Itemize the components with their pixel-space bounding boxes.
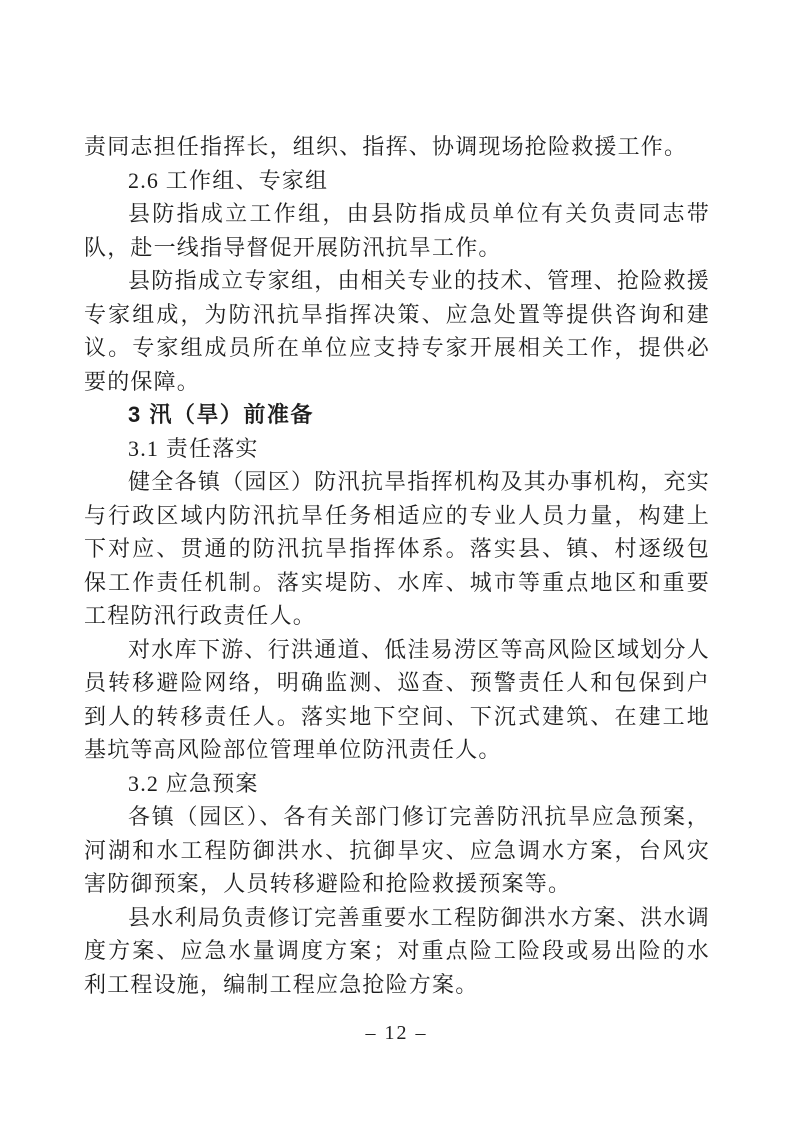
paragraph-work-group: 县防指成立工作组，由县防指成员单位有关负责同志带队，赴一线指导督促开展防汛抗旱工… <box>84 197 710 264</box>
page-number: – 12 – <box>0 1021 793 1045</box>
document-body: 责同志担任指挥长，组织、指挥、协调现场抢险救援工作。 2.6 工作组、专家组 县… <box>84 130 710 1001</box>
paragraph-emergency-plan-revision: 各镇（园区）、各有关部门修订完善防汛抗旱应急预案，河湖和水工程防御洪水、抗御旱灾… <box>84 800 710 901</box>
subheading-3-1-responsibility-implementation: 3.1 责任落实 <box>84 432 710 466</box>
subheading-2-6-work-and-expert-groups: 2.6 工作组、专家组 <box>84 164 710 198</box>
subheading-3-2-emergency-plans: 3.2 应急预案 <box>84 767 710 801</box>
section-heading-3-pre-flood-preparation: 3 汛（旱）前准备 <box>84 398 710 432</box>
paragraph-continuation-from-previous-page: 责同志担任指挥长，组织、指挥、协调现场抢险救援工作。 <box>84 130 710 164</box>
paragraph-high-risk-area-responsibility: 对水库下游、行洪通道、低洼易涝区等高风险区域划分人员转移避险网络，明确监测、巡查… <box>84 633 710 767</box>
paragraph-expert-group: 县防指成立专家组，由相关专业的技术、管理、抢险救援专家组成，为防汛抗旱指挥决策、… <box>84 264 710 398</box>
document-page: 责同志担任指挥长，组织、指挥、协调现场抢险救援工作。 2.6 工作组、专家组 县… <box>0 0 793 1122</box>
paragraph-water-bureau-plans: 县水利局负责修订完善重要水工程防御洪水方案、洪水调度方案、应急水量调度方案；对重… <box>84 901 710 1002</box>
paragraph-command-system-responsibility: 健全各镇（园区）防汛抗旱指挥机构及其办事机构，充实与行政区域内防汛抗旱任务相适应… <box>84 465 710 633</box>
